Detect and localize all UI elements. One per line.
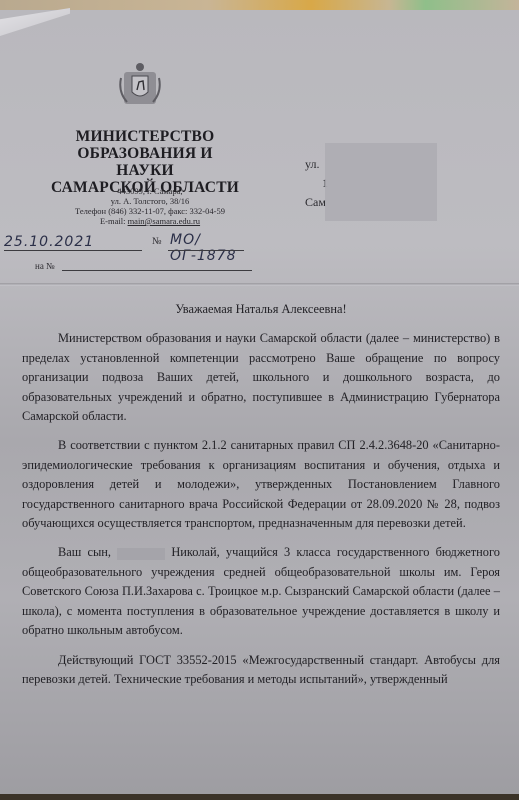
paragraph: Министерством образования и науки Самарс… [22, 329, 500, 426]
reference-row: на № [35, 261, 55, 271]
paragraph: В соответствии с пунктом 2.1.2 санитарны… [22, 436, 500, 533]
redacted-surname [117, 548, 165, 560]
reference-label: на № [35, 261, 55, 271]
outgoing-number: МО/ОГ-1878 [170, 232, 245, 264]
letter-body: Уважаемая Наталья Алексеевна! Министерст… [22, 300, 500, 699]
paragraph: Ваш сын, Николай, учащийся 3 класса госу… [22, 543, 500, 640]
greeting: Уважаемая Наталья Алексеевна! [22, 300, 500, 319]
email-link[interactable]: main@samara.edu.ru [128, 216, 201, 226]
address-line: 443099, г. Самара, [60, 186, 240, 196]
number-label: № [152, 236, 162, 247]
redacted-recipient [325, 143, 437, 221]
ministry-address: 443099, г. Самара, ул. А. Толстого, 38/1… [60, 186, 240, 226]
ministry-line: ОБРАЗОВАНИЯ И НАУКИ [50, 145, 240, 179]
phone-line: Телефон (846) 332-11-07, факс: 332-04-59 [60, 206, 240, 216]
email-line: E-mail: main@samara.edu.ru [60, 216, 240, 226]
paragraph: Действующий ГОСТ 33552-2015 «Межгосударс… [22, 651, 500, 690]
table-surface-bottom [0, 794, 519, 800]
paragraph-start: Ваш сын, [58, 545, 111, 559]
reference-underline [62, 270, 252, 271]
ministry-line: МИНИСТЕРСТВО [50, 128, 240, 145]
paper-fold [0, 283, 519, 286]
number-underline [168, 250, 244, 251]
email-label: E-mail: [100, 216, 126, 226]
registration-row: 25.10.2021 № МО/ОГ-1878 [0, 232, 245, 252]
address-line: ул. А. Толстого, 38/16 [60, 196, 240, 206]
date-underline [4, 250, 142, 251]
samara-coat-of-arms-icon [118, 60, 162, 108]
outgoing-date: 25.10.2021 [4, 234, 94, 250]
